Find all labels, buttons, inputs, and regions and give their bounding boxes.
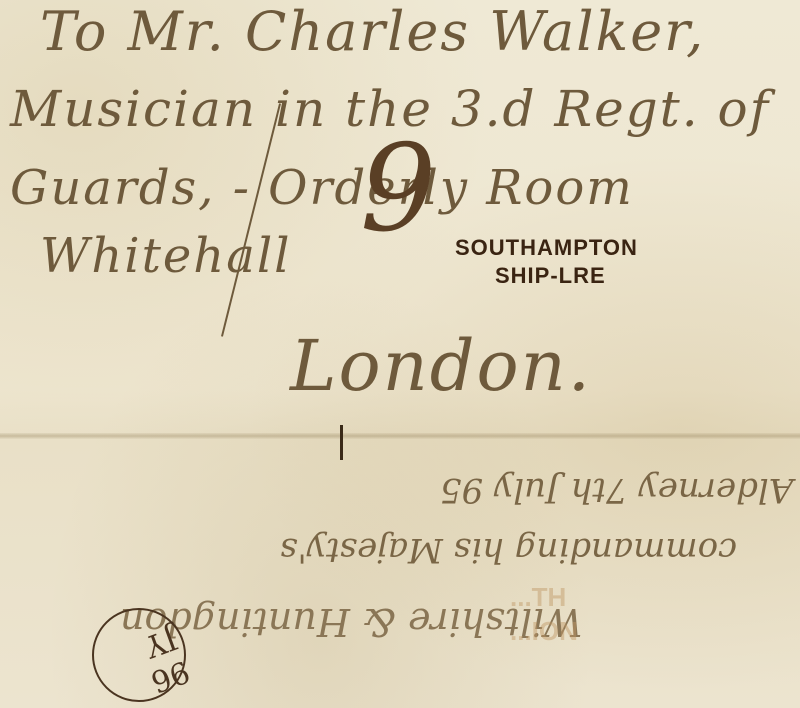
faint-stamp-line-1: ...TH xyxy=(510,580,578,614)
docket-line-2: commanding his Majesty's xyxy=(280,530,737,570)
circular-postmark: 96 JY xyxy=(92,608,186,702)
address-line-1: To Mr. Charles Walker, xyxy=(40,0,705,63)
paper-fold xyxy=(0,433,800,439)
address-line-4: Whitehall xyxy=(40,228,292,284)
faint-stamp-line-2: ...ION xyxy=(510,614,578,648)
docket-line-1: Alderney 7th July 95 xyxy=(440,470,793,510)
postage-rate-mark: 9 xyxy=(360,120,436,259)
address-line-5: London. xyxy=(290,325,592,407)
ink-mark xyxy=(340,425,343,460)
handstamp-line-1: SOUTHAMPTON xyxy=(455,234,638,262)
handstamp-line-2: SHIP-LRE xyxy=(455,262,638,290)
handstamp: SOUTHAMPTON SHIP-LRE xyxy=(455,234,638,290)
faint-stamp: ...TH ...ION xyxy=(510,580,578,648)
address-line-3: Guards, - Orderly Room xyxy=(10,160,634,216)
